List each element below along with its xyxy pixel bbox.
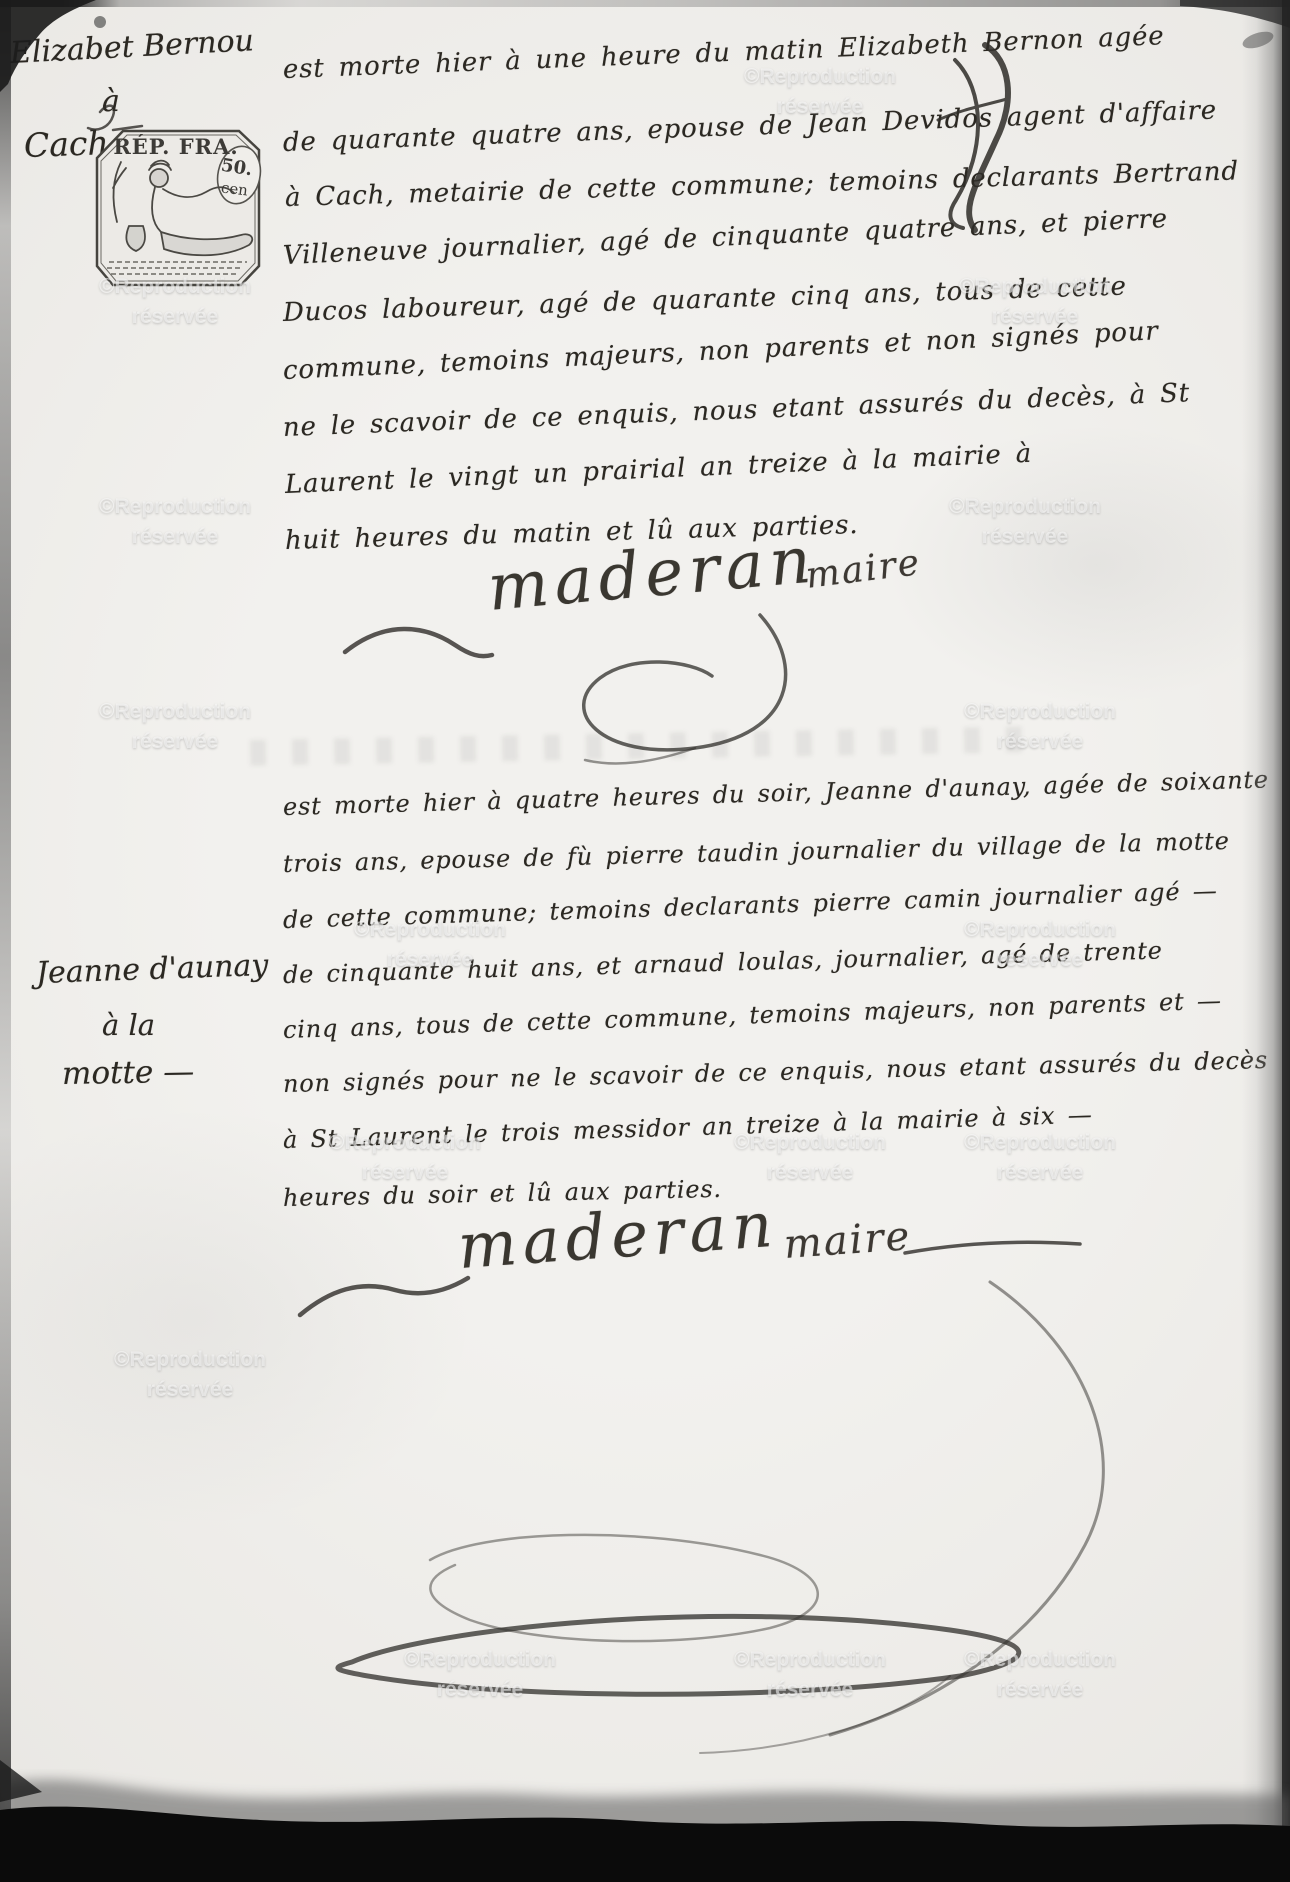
margin-note-1-name: Elizabet Bernou	[9, 23, 255, 71]
mayor-signature-title: maire	[804, 542, 924, 597]
watermark: ©Reproductionréservée	[920, 1128, 1160, 1189]
record-line: Laurent le vingt un prairial an treize à…	[284, 439, 1032, 500]
torn-edge-bottom-fuzz	[0, 1780, 1290, 1882]
watermark-line2: réservée	[147, 1378, 233, 1401]
watermark-line1: ©Reproduction	[744, 65, 896, 88]
record-line: est morte hier à quatre heures du soir, …	[283, 765, 1270, 821]
watermark-line2: réservée	[997, 1161, 1083, 1184]
record-line: de cinquante huit ans, et arnaud loulas,…	[283, 936, 1163, 989]
watermark-line1: ©Reproduction	[114, 1348, 266, 1371]
record-line: ne le scavoir de ce enquis, nous etant a…	[282, 378, 1190, 443]
record-line: de cette commune; temoins declarants pie…	[283, 877, 1218, 934]
mayor-signature-title: maire	[782, 1213, 912, 1268]
margin-note-1-preposition: à	[102, 84, 120, 119]
watermark-line2: réservée	[132, 525, 218, 548]
record-line: est morte hier à une heure du matin Eliz…	[282, 21, 1165, 85]
record-line: de quarante quatre ans, epouse de Jean D…	[282, 95, 1217, 158]
watermark-line1: ©Reproduction	[964, 700, 1116, 723]
signature-2-flourish	[300, 1242, 1103, 1753]
watermark-line1: ©Reproduction	[964, 1131, 1116, 1154]
scan-edge-right	[1242, 0, 1290, 1882]
record-line: à St Laurent le trois messidor an treize…	[283, 1101, 1093, 1154]
margin-note-2-preposition: à la	[102, 1008, 155, 1042]
record-line: Ducos laboureur, agé de quarante cinq an…	[283, 271, 1128, 327]
watermark: ©Reproductionréservée	[360, 1645, 600, 1706]
watermark-line1: ©Reproduction	[964, 1648, 1116, 1671]
torn-edge-bottom	[0, 1807, 1290, 1882]
watermark-line1: ©Reproduction	[734, 1648, 886, 1671]
watermark-line2: réservée	[132, 730, 218, 753]
watermark-line1: ©Reproduction	[99, 495, 251, 518]
watermark-line2: réservée	[132, 305, 218, 328]
ink-bleed-through	[250, 726, 1030, 766]
record-line: non signés pour ne le scavoir de ce enqu…	[283, 1046, 1269, 1098]
watermark: ©Reproductionréservée	[920, 1645, 1160, 1706]
watermark-line2: réservée	[997, 1678, 1083, 1701]
stamp-header-text: RÉP. FRA.	[93, 134, 259, 159]
watermark: ©Reproductionréservée	[690, 1645, 930, 1706]
record-line: à Cach, metairie de cette commune; temoi…	[285, 156, 1240, 213]
record-line: commune, temoins majeurs, non parents et…	[282, 316, 1159, 386]
watermark: ©Reproductionréservée	[55, 492, 295, 553]
margin-note-2-name: Jeanne d'aunay	[35, 948, 269, 991]
watermark: ©Reproductionréservée	[70, 1345, 310, 1406]
watermark-line2: réservée	[437, 1678, 523, 1701]
margin-note-2-place: motte —	[62, 1054, 195, 1092]
record-line: trois ans, epouse de fù pierre taudin jo…	[283, 827, 1230, 878]
record-line: cinq ans, tous de cette commune, temoins…	[283, 987, 1223, 1044]
watermark-line1: ©Reproduction	[949, 495, 1101, 518]
stamp-unit-text: cen	[220, 178, 249, 199]
watermark: ©Reproductionréservée	[905, 492, 1145, 553]
record-line: Villeneuve journalier, agé de cinquante …	[282, 204, 1168, 271]
revenue-stamp: RÉP. FRA. 50. cen	[93, 127, 263, 289]
scan-edge-left	[0, 0, 11, 1882]
watermark-line2: réservée	[767, 1161, 853, 1184]
top-right-ink-mark	[938, 45, 1008, 230]
scan-edge-top	[0, 0, 1290, 7]
watermark-line2: réservée	[767, 1678, 853, 1701]
watermark-line2: réservée	[982, 525, 1068, 548]
watermark-line1: ©Reproduction	[404, 1648, 556, 1671]
watermark-line1: ©Reproduction	[99, 700, 251, 723]
scanned-register-page: Elizabet Bernou à Cach	[0, 0, 1290, 1882]
